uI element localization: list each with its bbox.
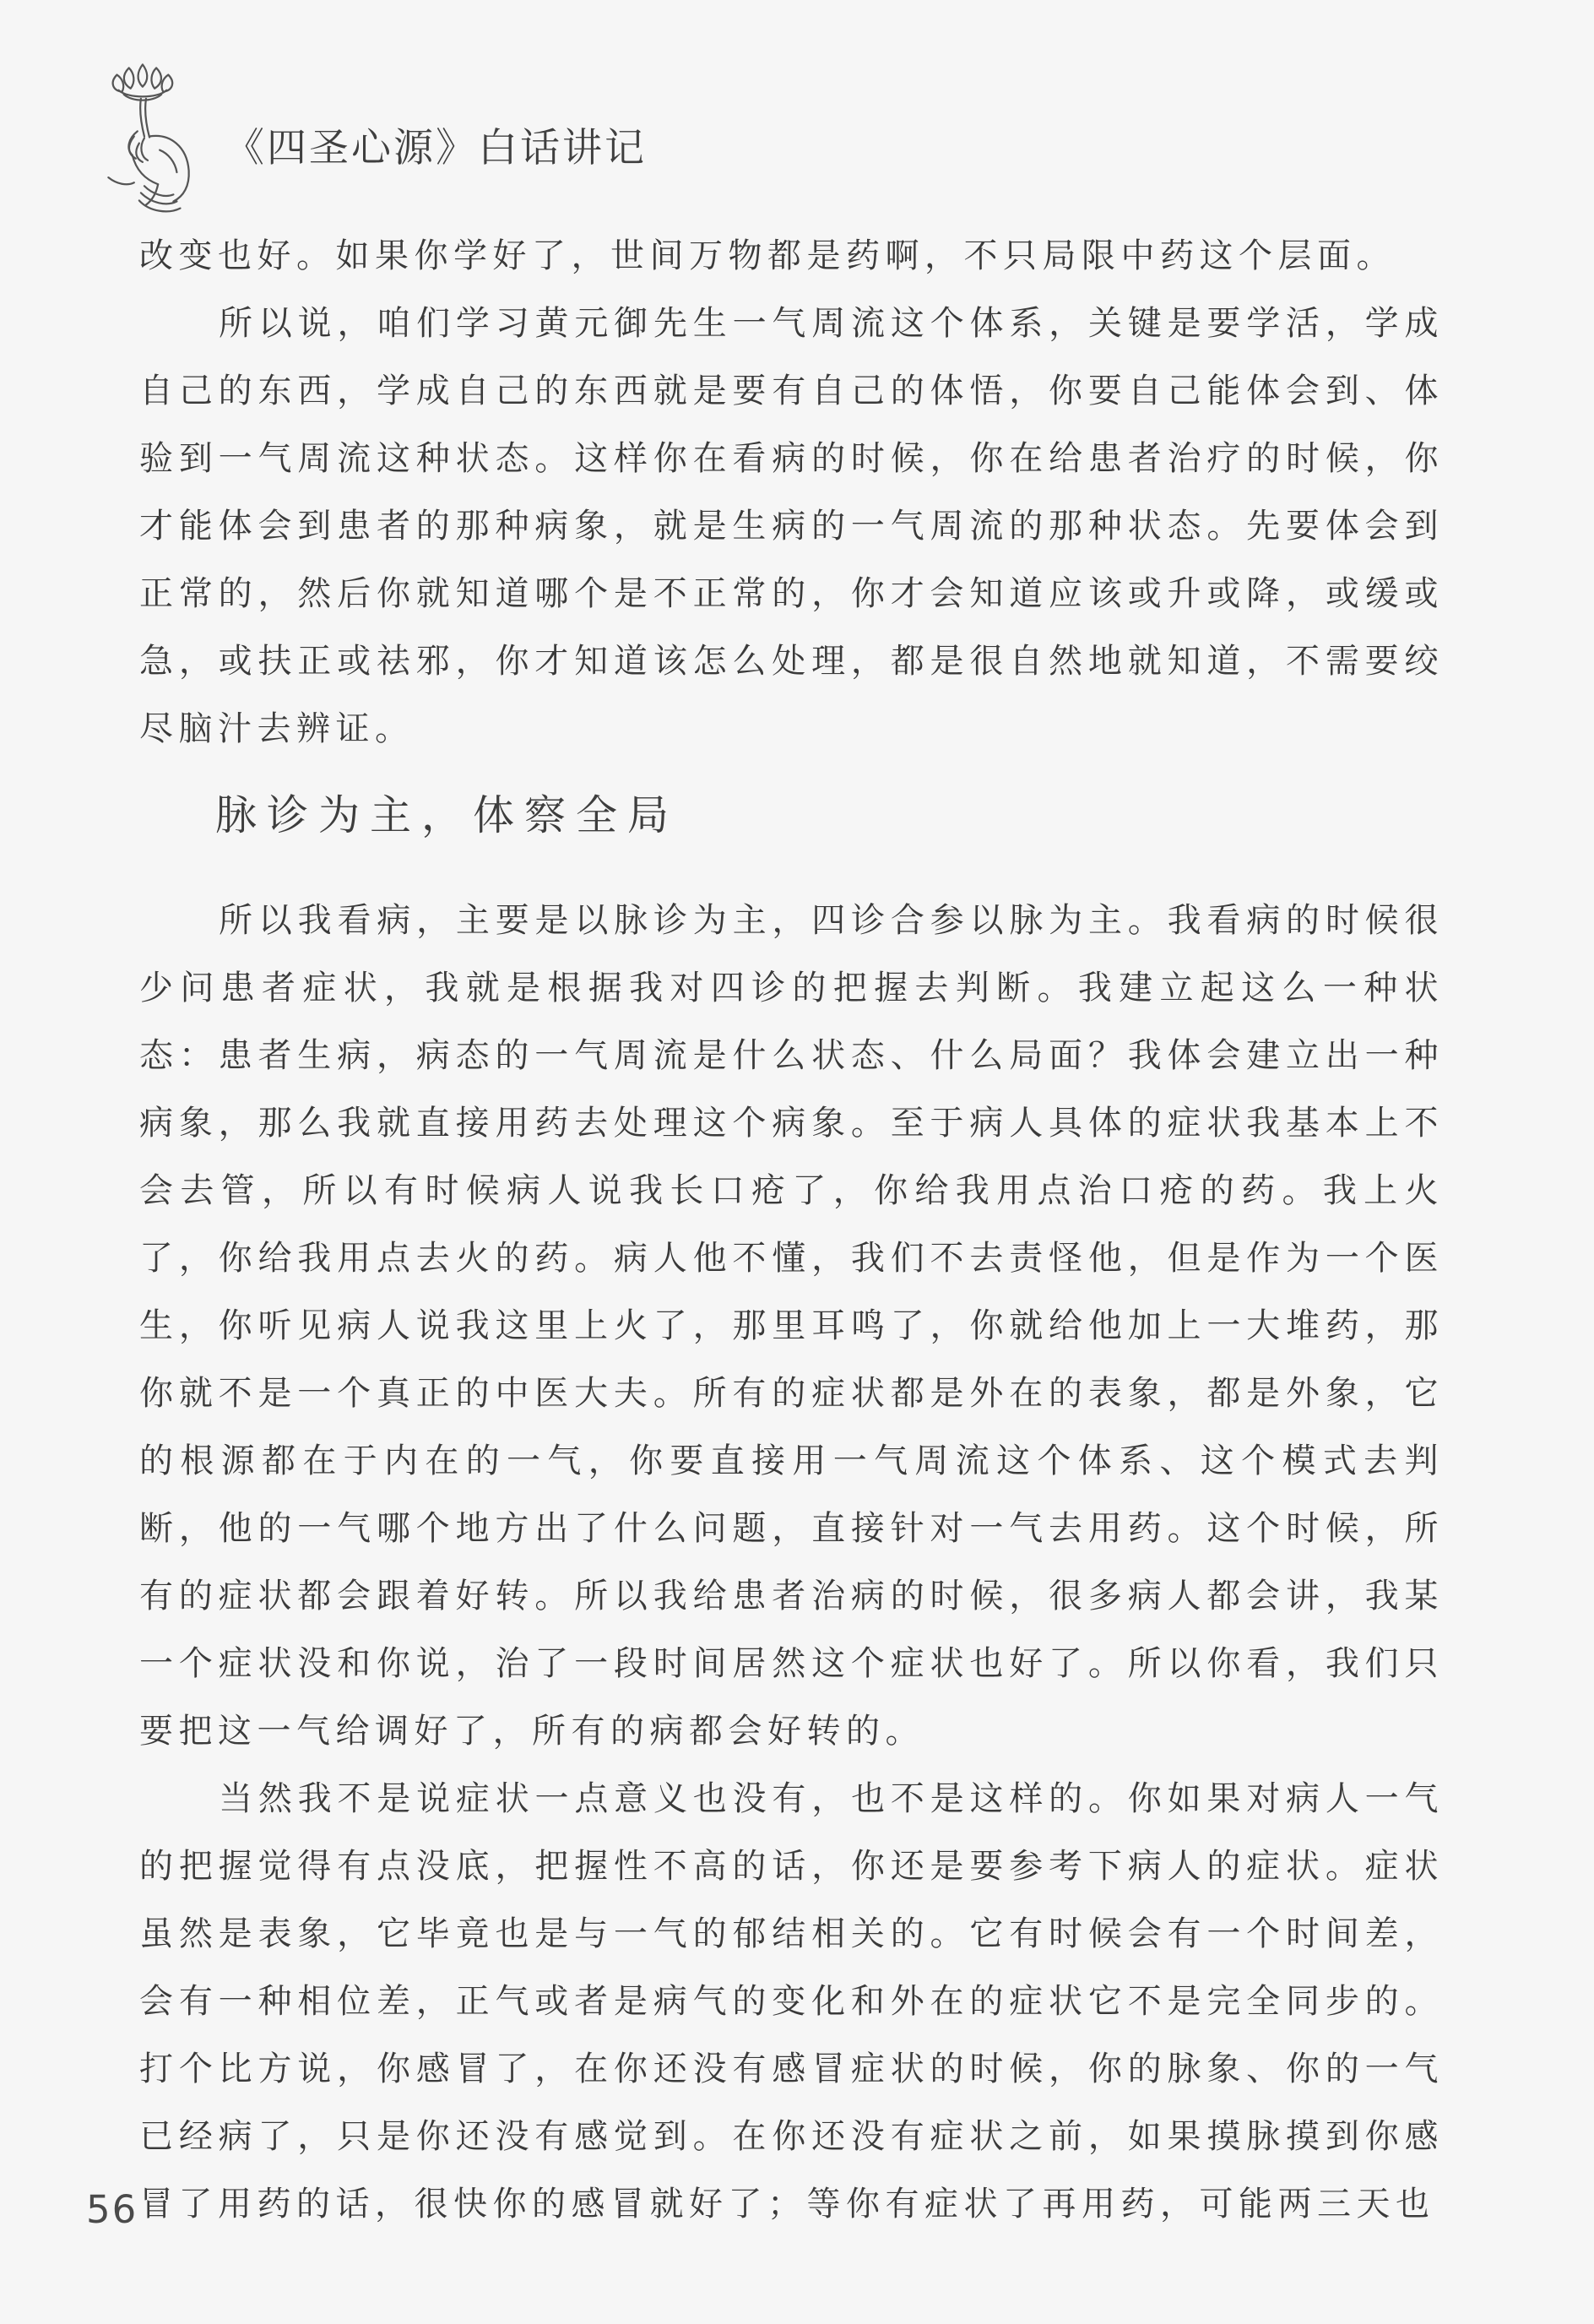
book-title: 《四圣心源》白话讲记 [225, 123, 647, 174]
page-number: 56 [86, 2187, 138, 2232]
paragraph: 当然我不是说症状一点意义也没有，也不是这样的。你如果对病人一气的把握觉得有点没底… [139, 1765, 1444, 2238]
book-page: 《四圣心源》白话讲记 改变也好。如果你学好了，世间万物都是药啊，不只局限中药这个… [0, 0, 1594, 2324]
paragraph: 改变也好。如果你学好了，世间万物都是药啊，不只局限中药这个层面。 [139, 222, 1444, 290]
hand-holding-lotus-icon [84, 57, 213, 216]
section-heading: 脉诊为主，体察全局 [215, 792, 1444, 839]
page-body: 改变也好。如果你学好了，世间万物都是药啊，不只局限中药这个层面。 所以说，咱们学… [139, 222, 1444, 2238]
paragraph: 所以说，咱们学习黄元御先生一气周流这个体系，关键是要学活，学成自己的东西，学成自… [139, 290, 1444, 763]
paragraph: 所以我看病，主要是以脉诊为主，四诊合参以脉为主。我看病的时候很少问患者症状，我就… [139, 887, 1444, 1765]
